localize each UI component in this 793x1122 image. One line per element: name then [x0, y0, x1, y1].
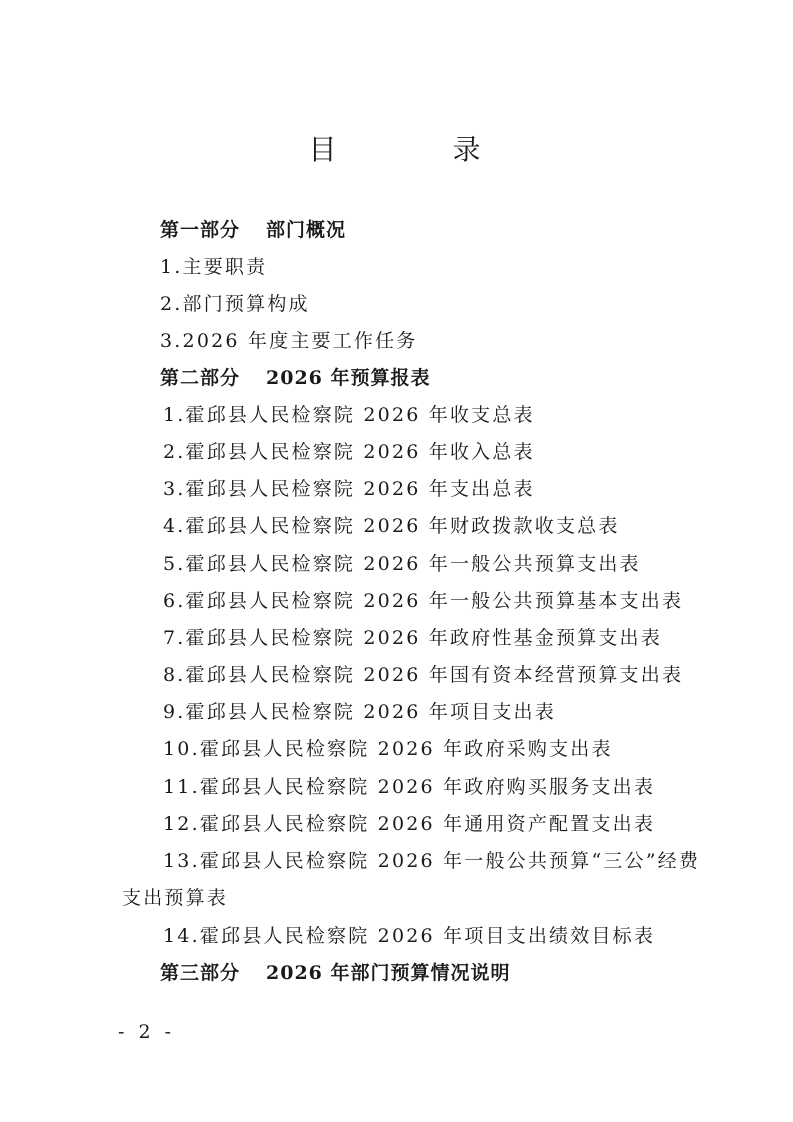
part-label: 第三部分 — [160, 962, 240, 984]
part-label: 第二部分 — [160, 367, 240, 389]
toc-item[interactable]: 12.霍邱县人民检察院 2026 年通用资产配置支出表 — [163, 807, 655, 841]
document-page: 目 录 第一部分部门概况 1.主要职责 2.部门预算构成 3.2026 年度主要… — [0, 0, 793, 1122]
toc-item[interactable]: 5.霍邱县人民检察院 2026 年一般公共预算支出表 — [163, 547, 641, 581]
toc-item[interactable]: 7.霍邱县人民检察院 2026 年政府性基金预算支出表 — [163, 621, 662, 655]
page-title: 目 录 — [0, 130, 793, 170]
toc-item[interactable]: 1.主要职责 — [160, 250, 267, 284]
part-title: 部门概况 — [266, 219, 346, 241]
part-title: 2026 年预算报表 — [266, 367, 431, 389]
part-title: 2026 年部门预算情况说明 — [266, 962, 511, 984]
part-label: 第一部分 — [160, 219, 240, 241]
page-number: - 2 - — [118, 1018, 175, 1046]
toc-item[interactable]: 9.霍邱县人民检察院 2026 年项目支出表 — [163, 695, 556, 729]
toc-item-continuation[interactable]: 支出预算表 — [122, 881, 228, 915]
toc-item[interactable]: 2.霍邱县人民检察院 2026 年收入总表 — [163, 435, 535, 469]
toc-part3-heading[interactable]: 第三部分2026 年部门预算情况说明 — [160, 956, 511, 990]
toc-item[interactable]: 2.部门预算构成 — [160, 287, 310, 321]
toc-item[interactable]: 3.2026 年度主要工作任务 — [160, 324, 418, 358]
toc-item[interactable]: 1.霍邱县人民检察院 2026 年收支总表 — [163, 398, 535, 432]
toc-item[interactable]: 10.霍邱县人民检察院 2026 年政府采购支出表 — [163, 732, 613, 766]
toc-item[interactable]: 14.霍邱县人民检察院 2026 年项目支出绩效目标表 — [163, 919, 655, 953]
toc-part1-heading[interactable]: 第一部分部门概况 — [160, 213, 346, 247]
toc-item[interactable]: 8.霍邱县人民检察院 2026 年国有资本经营预算支出表 — [163, 658, 683, 692]
toc-item[interactable]: 13.霍邱县人民检察院 2026 年一般公共预算“三公”经费 — [163, 844, 700, 878]
toc-item[interactable]: 3.霍邱县人民检察院 2026 年支出总表 — [163, 472, 535, 506]
toc-item[interactable]: 6.霍邱县人民检察院 2026 年一般公共预算基本支出表 — [163, 584, 683, 618]
toc-part2-heading[interactable]: 第二部分2026 年预算报表 — [160, 361, 431, 395]
toc-item[interactable]: 11.霍邱县人民检察院 2026 年政府购买服务支出表 — [163, 770, 655, 804]
toc-item[interactable]: 4.霍邱县人民检察院 2026 年财政拨款收支总表 — [163, 509, 620, 543]
